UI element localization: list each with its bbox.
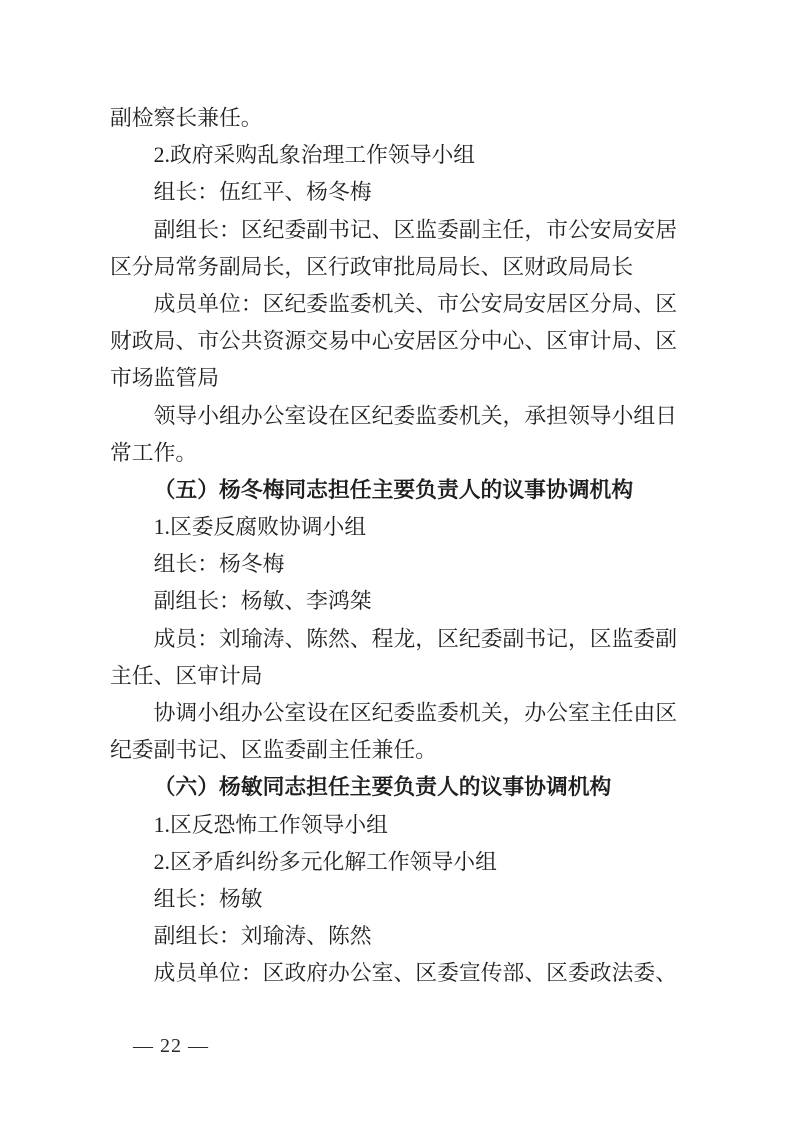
text-line: 常工作。 [110, 435, 677, 472]
text-line: 组长：杨冬梅 [110, 546, 677, 583]
text-line: 副组长：杨敏、李鸿桀 [110, 583, 677, 620]
text-line: 1.区反恐怖工作领导小组 [110, 807, 677, 844]
text-line: 成员：刘瑜涛、陈然、程龙，区纪委副书记，区监委副 [110, 621, 677, 658]
section-heading: （六）杨敏同志担任主要负责人的议事协调机构 [110, 769, 677, 806]
text-line: 市场监管局 [110, 360, 677, 397]
section-heading: （五）杨冬梅同志担任主要负责人的议事协调机构 [110, 472, 677, 509]
text-line: 领导小组办公室设在区纪委监委机关，承担领导小组日 [110, 398, 677, 435]
text-line: 协调小组办公室设在区纪委监委机关，办公室主任由区 [110, 695, 677, 732]
text-line: 主任、区审计局 [110, 658, 677, 695]
text-line: 副组长：区纪委副书记、区监委副主任，市公安局安居 [110, 212, 677, 249]
text-line: 2.区矛盾纠纷多元化解工作领导小组 [110, 844, 677, 881]
page-number: — 22 — [133, 1034, 209, 1058]
text-line: 副组长：刘瑜涛、陈然 [110, 918, 677, 955]
document-page: 副检察长兼任。2.政府采购乱象治理工作领导小组组长：伍红平、杨冬梅副组长：区纪委… [0, 0, 793, 1122]
text-line: 2.政府采购乱象治理工作领导小组 [110, 137, 677, 174]
text-line: 1.区委反腐败协调小组 [110, 509, 677, 546]
text-line: 成员单位：区政府办公室、区委宣传部、区委政法委、 [110, 955, 677, 992]
text-line: 区分局常务副局长，区行政审批局局长、区财政局局长 [110, 249, 677, 286]
text-line: 纪委副书记、区监委副主任兼任。 [110, 732, 677, 769]
text-line: 成员单位：区纪委监委机关、市公安局安居区分局、区 [110, 286, 677, 323]
text-line: 财政局、市公共资源交易中心安居区分中心、区审计局、区 [110, 323, 677, 360]
text-line: 副检察长兼任。 [110, 100, 677, 137]
text-line: 组长：伍红平、杨冬梅 [110, 174, 677, 211]
text-line: 组长：杨敏 [110, 881, 677, 918]
document-body: 副检察长兼任。2.政府采购乱象治理工作领导小组组长：伍红平、杨冬梅副组长：区纪委… [110, 100, 677, 993]
